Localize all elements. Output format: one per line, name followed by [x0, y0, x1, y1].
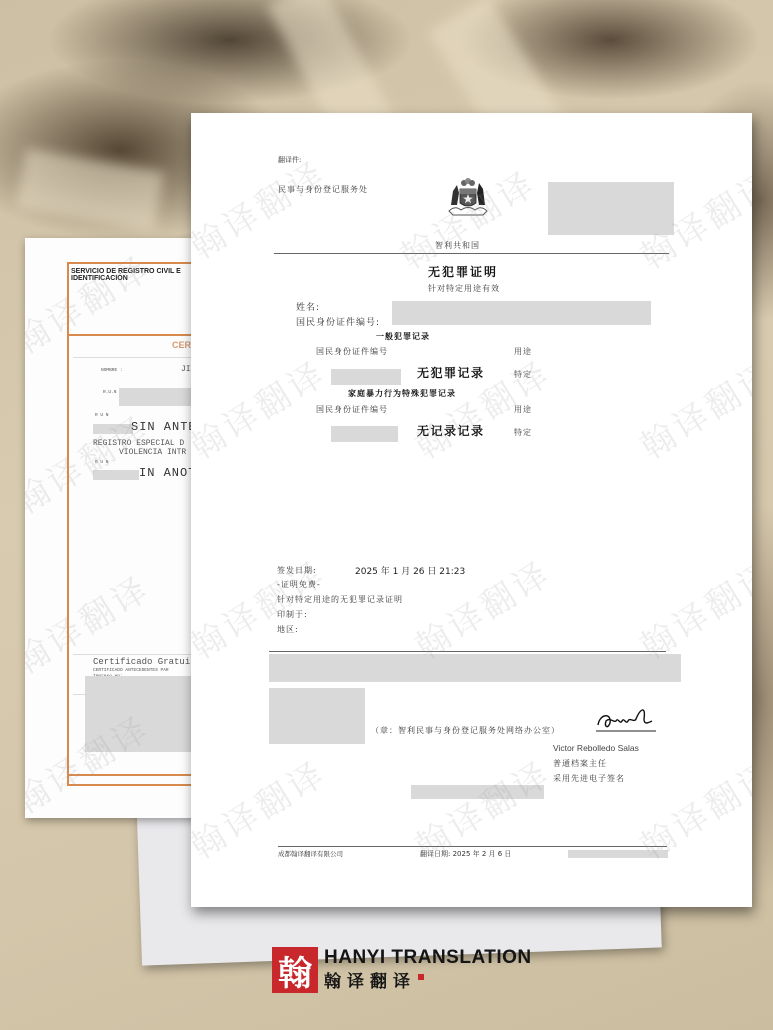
redacted-qr-code — [269, 688, 365, 744]
translation-label: 翻译件: — [278, 155, 301, 165]
redacted-photo — [548, 182, 674, 235]
redacted-field — [411, 785, 544, 799]
issue-date-value: 2025 年 1 月 26 日 21:23 — [355, 564, 465, 577]
signatory-title: 普通档案主任 — [553, 758, 607, 769]
footer-line2: CERTIFICADO ANTECEDENTES PAR — [93, 668, 169, 673]
free-note: -证明免费- — [277, 579, 321, 590]
region-label: 地区: — [277, 624, 299, 635]
signature-icon — [594, 703, 664, 739]
document-subtitle: 针对特定用途有效 — [428, 283, 500, 294]
name-label: 姓名: — [296, 300, 320, 313]
signatory-name: Victor Rebolledo Salas — [553, 743, 639, 753]
run-label: R.U.N — [103, 390, 117, 395]
dv-id-column: 国民身份证件编号 — [316, 404, 388, 415]
hanyi-logo-icon: 翰 — [272, 947, 318, 993]
run-label: R U N — [95, 460, 109, 465]
brand-name-cn: 翰译翻译 — [324, 971, 416, 993]
special-registry-line1: REGISTRO ESPECIAL D — [93, 439, 184, 448]
watermark: 翰译翻译 — [191, 346, 334, 468]
country-name: 智利共和国 — [435, 240, 480, 251]
run-label: R U N — [95, 413, 109, 418]
brand-name-cn-row: 翰译翻译 — [324, 971, 532, 993]
redacted-run — [93, 470, 139, 480]
special-result: IN ANOT — [139, 466, 196, 480]
logo-glyph: 翰 — [278, 946, 312, 995]
watermark: 翰译翻译 — [630, 346, 752, 468]
nombre-value: JI — [181, 365, 191, 374]
signature-note: 采用先进电子签名 — [553, 773, 625, 784]
general-result: 无犯罪记录 — [417, 364, 485, 381]
redacted-id — [331, 426, 398, 442]
issuer-name: 民事与身份登记服务处 — [278, 184, 368, 195]
issue-date-label: 签发日期: — [277, 565, 317, 576]
red-dot-icon — [418, 974, 424, 980]
general-purpose-value: 特定 — [514, 369, 532, 380]
document-title: 无犯罪证明 — [428, 263, 498, 280]
general-section-heading: 一般犯罪记录 — [376, 331, 430, 342]
redacted-verification-code — [269, 654, 681, 682]
nombre-label: NOMBRE : — [101, 368, 123, 373]
redacted-name-id — [392, 301, 651, 325]
dv-purpose-column: 用途 — [514, 404, 532, 415]
seal-text: （章：智利民事与身份登记服务处网络办公室） — [371, 725, 560, 736]
certificate-type: 针对特定用途的无犯罪记录证明 — [277, 594, 403, 605]
domestic-violence-section-heading: 家庭暴力行为特殊犯罪记录 — [348, 388, 456, 399]
certificate-title: CER — [172, 340, 191, 350]
translation-company: 成都翰译翻译有限公司 — [278, 849, 343, 858]
redacted-run — [93, 424, 133, 434]
brand-name-en: HANYI TRANSLATION — [324, 947, 532, 969]
translated-certificate: 翻译件: 民事与身份登记服务处 智利共和国 无犯罪证明 针对特定用途有效 姓名:… — [191, 113, 752, 907]
dv-purpose-value: 特定 — [514, 427, 532, 438]
general-id-column: 国民身份证件编号 — [316, 346, 388, 357]
issuer-name: SERVICIO DE REGISTRO CIVIL E IDENTIFICAC… — [71, 268, 181, 282]
special-registry-line2: VIOLENCIA INTR — [119, 448, 186, 457]
brand-logo: 翰 HANYI TRANSLATION 翰译翻译 — [272, 947, 532, 993]
general-purpose-column: 用途 — [514, 346, 532, 357]
redacted-field — [568, 850, 668, 858]
watermark: 翰译翻译 — [191, 146, 334, 268]
footer-line1: Certificado Gratuito — [93, 657, 201, 667]
id-label: 国民身份证件编号: — [296, 315, 380, 328]
dv-result: 无记录记录 — [417, 422, 485, 439]
translation-date: 翻译日期: 2025 年 2 月 6 日 — [420, 849, 511, 859]
redacted-id — [331, 369, 401, 385]
printed-at-label: 印制于: — [277, 609, 308, 620]
chile-coat-of-arms-icon — [443, 175, 493, 217]
